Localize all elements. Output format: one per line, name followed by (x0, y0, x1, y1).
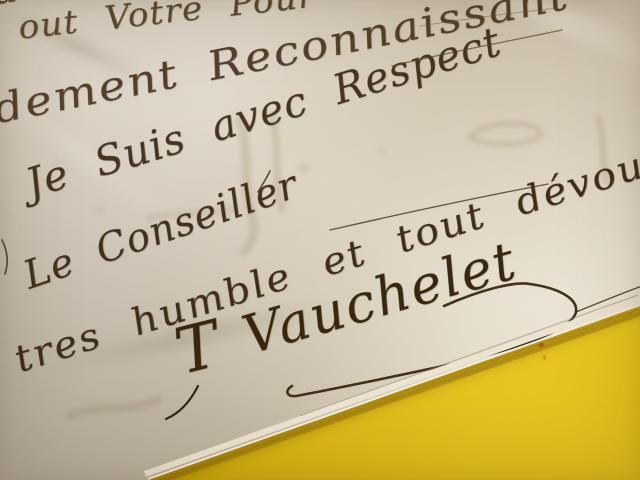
red-speck-on-board (543, 355, 546, 360)
signature-flourish-tail (576, 286, 640, 312)
letter-paper: aval out Votre Pour dement Reconnaissant… (0, 0, 640, 480)
foxing-spot (298, 164, 309, 172)
red-speck-on-board (538, 343, 544, 347)
signature-initial: T (168, 308, 227, 390)
signature-initial-tail (166, 386, 198, 419)
foxing-spot (96, 206, 104, 213)
letter-photo: aval out Votre Pour dement Reconnaissant… (0, 0, 640, 480)
cut-stroke-left-edge (2, 240, 7, 274)
paper-sheet-wrapper: aval out Votre Pour dement Reconnaissant… (0, 0, 640, 480)
foxing-spot (378, 148, 385, 154)
